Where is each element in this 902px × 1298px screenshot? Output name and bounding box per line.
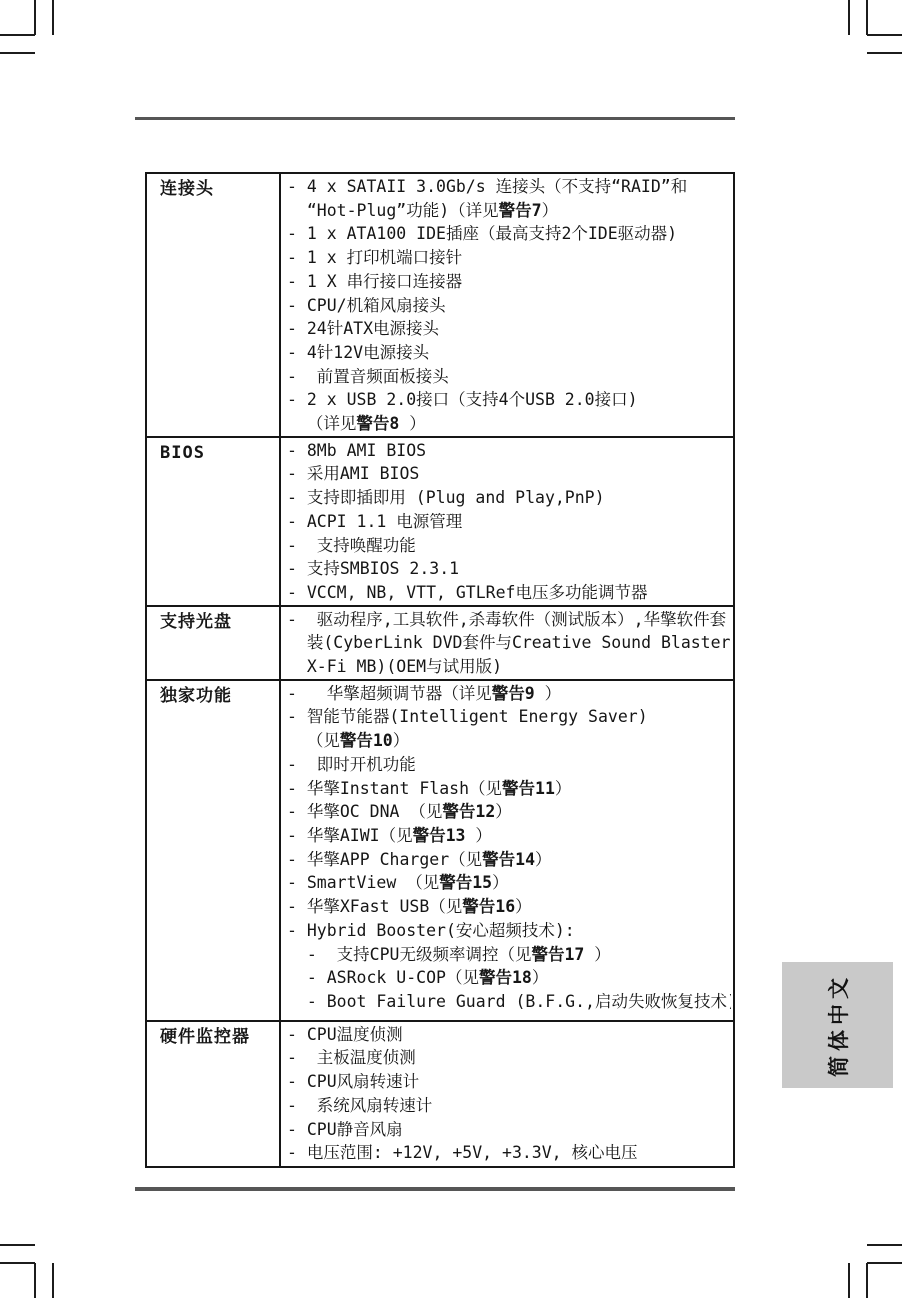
spec-line: - 1 X 串行接口连接器 bbox=[287, 270, 731, 294]
spec-line: - Boot Failure Guard (B.F.G.,启动失败恢复技术) bbox=[287, 990, 731, 1014]
spec-line: - 采用AMI BIOS bbox=[287, 462, 731, 486]
spec-line: - ASRock U-COP（见警告18） bbox=[287, 966, 731, 990]
language-tab: 简体中文 bbox=[782, 962, 893, 1088]
table-row: 连接头- 4 x SATAII 3.0Gb/s 连接头（不支持“RAID”和 “… bbox=[146, 173, 734, 437]
spec-line: - VCCM, NB, VTT, GTLRef电压多功能调节器 bbox=[287, 581, 731, 605]
spec-category-label: BIOS bbox=[146, 437, 280, 606]
crop-mark bbox=[848, 0, 850, 35]
crop-mark bbox=[867, 1262, 902, 1264]
crop-mark bbox=[866, 1263, 868, 1298]
spec-line: - 支持唤醒功能 bbox=[287, 534, 731, 558]
spec-line: （见警告10） bbox=[287, 729, 731, 753]
spec-line: - 支持SMBIOS 2.3.1 bbox=[287, 557, 731, 581]
spec-line: 装(CyberLink DVD套件与Creative Sound Blaster bbox=[287, 631, 731, 655]
header-rule bbox=[135, 117, 735, 120]
crop-mark bbox=[0, 1262, 35, 1264]
spec-line: - 8Mb AMI BIOS bbox=[287, 439, 731, 463]
footer-rule bbox=[135, 1187, 735, 1191]
spec-details: - 4 x SATAII 3.0Gb/s 连接头（不支持“RAID”和 “Hot… bbox=[280, 173, 734, 437]
spec-line: - 前置音频面板接头 bbox=[287, 365, 731, 389]
spec-line: - 华擎Instant Flash（见警告11） bbox=[287, 777, 731, 801]
spec-line: - CPU/机箱风扇接头 bbox=[287, 294, 731, 318]
crop-mark bbox=[52, 0, 54, 35]
manual-page: 连接头- 4 x SATAII 3.0Gb/s 连接头（不支持“RAID”和 “… bbox=[0, 0, 902, 1298]
language-tab-label: 简体中文 bbox=[823, 973, 853, 1077]
spec-line: - 2 x USB 2.0接口（支持4个USB 2.0接口) bbox=[287, 388, 731, 412]
spec-line: - CPU温度侦测 bbox=[287, 1023, 731, 1047]
spec-details: - 华擎超频调节器（详见警告9 ）- 智能节能器(Intelligent Ene… bbox=[280, 680, 734, 1021]
spec-category-label: 硬件监控器 bbox=[146, 1021, 280, 1167]
spec-line: - 支持即插即用 (Plug and Play,PnP) bbox=[287, 486, 731, 510]
table-row: 支持光盘- 驱动程序,工具软件,杀毒软件（测试版本）,华擎软件套 装(Cyber… bbox=[146, 606, 734, 680]
spec-line: - 即时开机功能 bbox=[287, 753, 731, 777]
spec-line: - 华擎超频调节器（详见警告9 ） bbox=[287, 682, 731, 706]
spec-line: - 华擎APP Charger（见警告14） bbox=[287, 848, 731, 872]
crop-mark bbox=[867, 1244, 902, 1246]
crop-mark bbox=[867, 52, 902, 54]
spec-table-body: 连接头- 4 x SATAII 3.0Gb/s 连接头（不支持“RAID”和 “… bbox=[146, 173, 734, 1167]
crop-mark bbox=[848, 1263, 850, 1298]
table-row: 独家功能- 华擎超频调节器（详见警告9 ）- 智能节能器(Intelligent… bbox=[146, 680, 734, 1021]
spec-category-label: 连接头 bbox=[146, 173, 280, 437]
spec-line: - 24针ATX电源接头 bbox=[287, 317, 731, 341]
spec-line: - 电压范围: +12V, +5V, +3.3V, 核心电压 bbox=[287, 1141, 731, 1165]
spec-line: - 4 x SATAII 3.0Gb/s 连接头（不支持“RAID”和 bbox=[287, 175, 731, 199]
spec-line: - 智能节能器(Intelligent Energy Saver) bbox=[287, 705, 731, 729]
spec-line: - 华擎OC DNA （见警告12） bbox=[287, 800, 731, 824]
spec-line: - SmartView （见警告15） bbox=[287, 871, 731, 895]
crop-mark bbox=[0, 52, 35, 54]
spec-line: - 华擎XFast USB（见警告16） bbox=[287, 895, 731, 919]
spec-details: - CPU温度侦测- 主板温度侦测- CPU风扇转速计- 系统风扇转速计- CP… bbox=[280, 1021, 734, 1167]
spec-line: - 1 x 打印机端口接针 bbox=[287, 246, 731, 270]
spec-line: - 1 x ATA100 IDE插座（最高支持2个IDE驱动器) bbox=[287, 222, 731, 246]
spec-line: “Hot-Plug”功能)（详见警告7） bbox=[287, 199, 731, 223]
spec-line: - CPU风扇转速计 bbox=[287, 1070, 731, 1094]
spec-table: 连接头- 4 x SATAII 3.0Gb/s 连接头（不支持“RAID”和 “… bbox=[145, 172, 735, 1168]
spec-category-label: 独家功能 bbox=[146, 680, 280, 1021]
spec-line: - 华擎AIWI（见警告13 ） bbox=[287, 824, 731, 848]
crop-mark bbox=[0, 34, 35, 36]
crop-mark bbox=[52, 1263, 54, 1298]
crop-mark bbox=[34, 1263, 36, 1298]
spec-line: - 主板温度侦测 bbox=[287, 1046, 731, 1070]
spec-details: - 驱动程序,工具软件,杀毒软件（测试版本）,华擎软件套 装(CyberLink… bbox=[280, 606, 734, 680]
table-row: 硬件监控器- CPU温度侦测- 主板温度侦测- CPU风扇转速计- 系统风扇转速… bbox=[146, 1021, 734, 1167]
spec-line: - 支持CPU无级频率调控（见警告17 ） bbox=[287, 943, 731, 967]
spec-line: - ACPI 1.1 电源管理 bbox=[287, 510, 731, 534]
crop-mark bbox=[866, 0, 868, 35]
spec-line: - 4针12V电源接头 bbox=[287, 341, 731, 365]
spec-details: - 8Mb AMI BIOS- 采用AMI BIOS- 支持即插即用 (Plug… bbox=[280, 437, 734, 606]
spec-line: - 系统风扇转速计 bbox=[287, 1094, 731, 1118]
crop-mark bbox=[867, 34, 902, 36]
spec-line: - Hybrid Booster(安心超频技术): bbox=[287, 919, 731, 943]
table-row: BIOS- 8Mb AMI BIOS- 采用AMI BIOS- 支持即插即用 (… bbox=[146, 437, 734, 606]
spec-line: （详见警告8 ） bbox=[287, 412, 731, 436]
spec-line: - CPU静音风扇 bbox=[287, 1118, 731, 1142]
spec-line: - 驱动程序,工具软件,杀毒软件（测试版本）,华擎软件套 bbox=[287, 608, 731, 632]
spec-line: X-Fi MB)(OEM与试用版) bbox=[287, 655, 731, 679]
crop-mark bbox=[34, 0, 36, 35]
crop-mark bbox=[0, 1244, 35, 1246]
spec-category-label: 支持光盘 bbox=[146, 606, 280, 680]
